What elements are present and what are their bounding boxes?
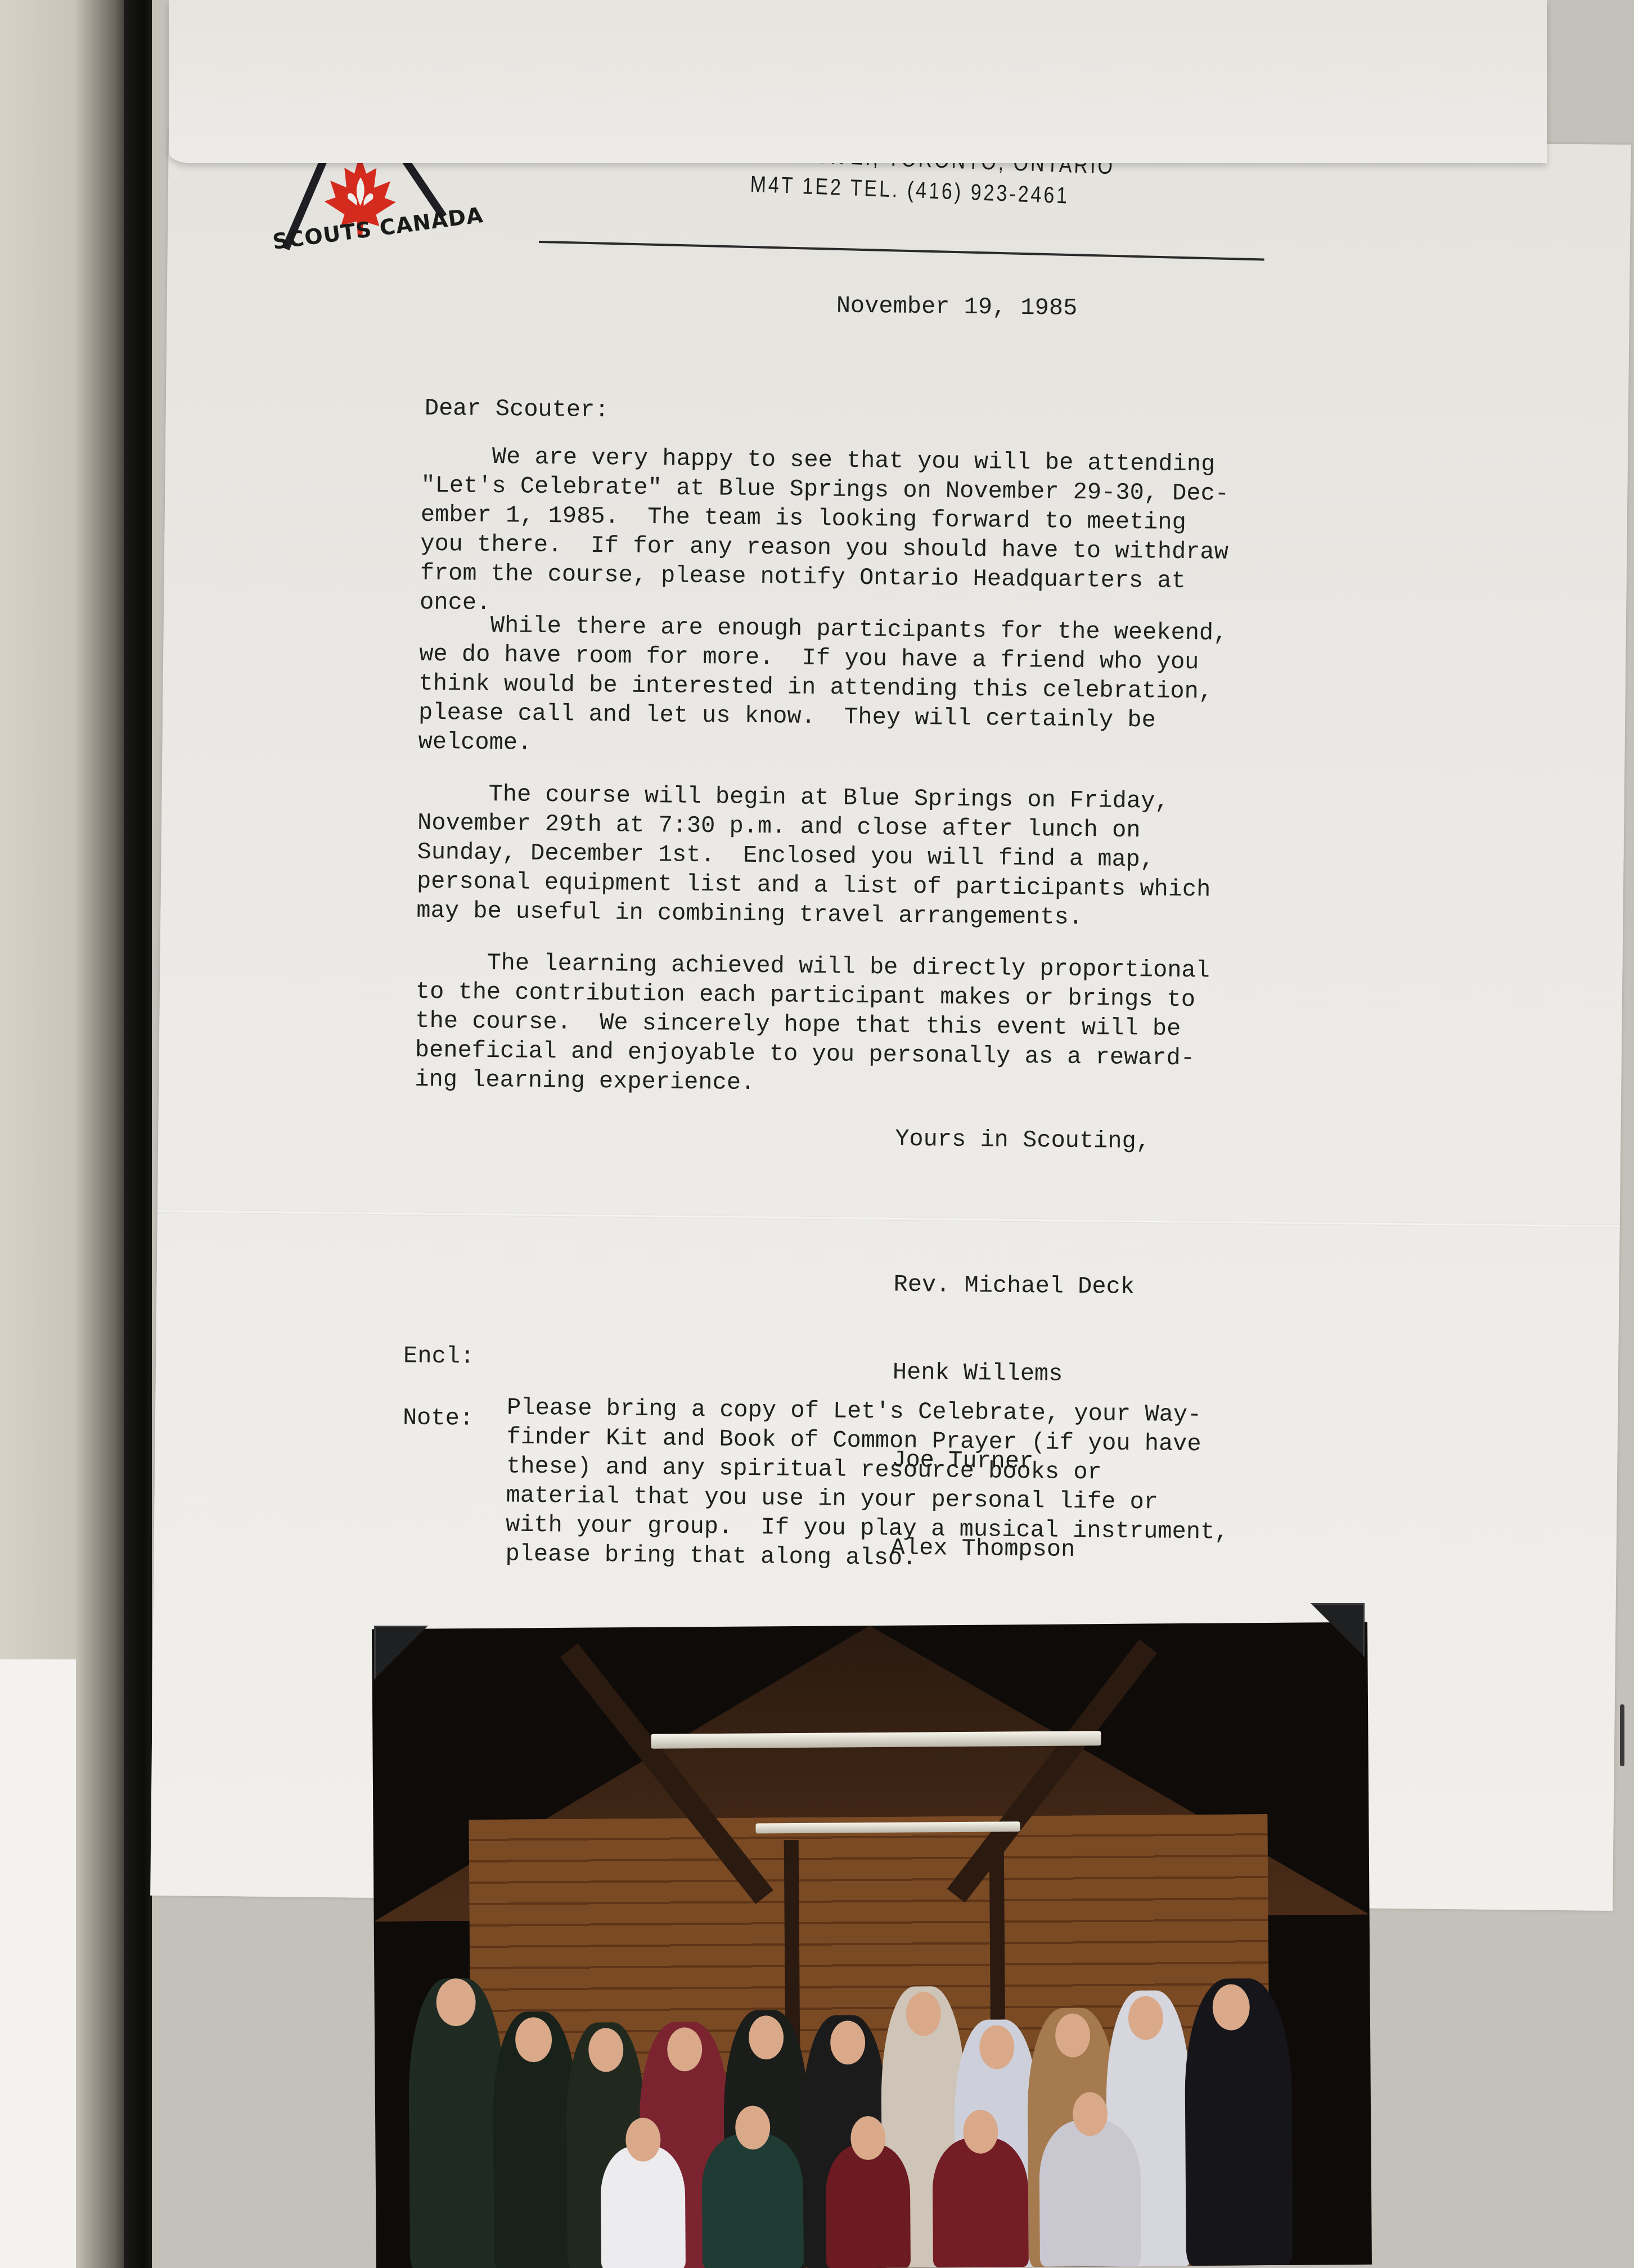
signer: Henk Willems (893, 1358, 1134, 1389)
paragraph: While there are enough participants for … (418, 610, 1320, 766)
enclosure-label: Encl: (403, 1341, 475, 1371)
group-photo (372, 1622, 1372, 2268)
overlapping-paper (169, 0, 1547, 163)
salutation: Dear Scouter: (425, 394, 609, 425)
paragraph: We are very happy to see that you will b… (420, 442, 1321, 627)
group-of-people (397, 1927, 1349, 2268)
letter-date: November 19, 1985 (836, 291, 1078, 322)
staple-icon (1620, 1704, 1624, 1766)
paper-fold (157, 1209, 1620, 1228)
paragraph: The course will begin at Blue Springs on… (416, 779, 1318, 935)
page-insert (0, 1659, 76, 2268)
note-label: Note: (403, 1403, 474, 1433)
closing: Yours in Scouting, (895, 1124, 1150, 1156)
signer: Rev. Michael Deck (893, 1270, 1135, 1302)
ceiling-light (755, 1821, 1020, 1833)
note-text: Please bring a copy of Let's Celebrate, … (505, 1393, 1230, 1576)
letterhead-rule (539, 241, 1264, 261)
paragraph: The learning achieved will be directly p… (415, 948, 1316, 1104)
